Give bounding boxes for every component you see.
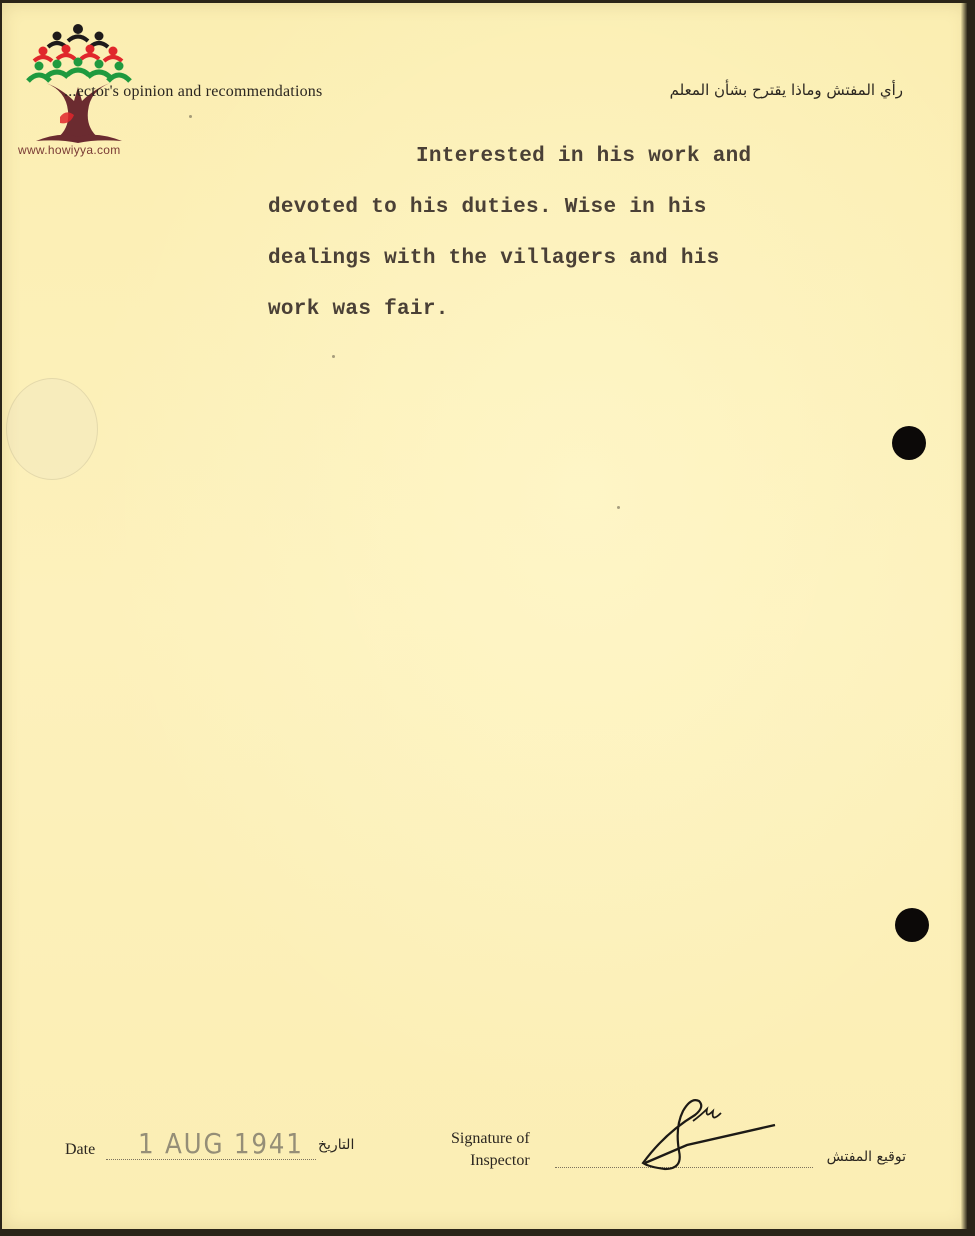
page-edge-shadow <box>961 3 968 1229</box>
date-stamp: 1 AUG 1941 <box>138 1127 304 1160</box>
document-page: www.howiyya.com ...ector's opinion and r… <box>2 3 968 1229</box>
header-english-label: ...ector's opinion and recommendations <box>64 83 322 101</box>
signature-label-arabic: توقيع المفتش <box>827 1149 906 1165</box>
typed-line: dealings with the villagers and his <box>268 233 828 284</box>
paper-speck <box>617 506 620 509</box>
date-label-arabic: التاريخ <box>318 1137 354 1153</box>
header-arabic-label: رأي المفتش وماذا يقترح بشأن المعلم <box>670 81 903 99</box>
typed-recommendation: Interested in his work and devoted to hi… <box>268 131 828 335</box>
typed-line: work was fair. <box>268 284 828 335</box>
faded-stamp-mark <box>6 378 98 480</box>
typed-line: Interested in his work and <box>268 131 828 182</box>
typed-line: devoted to his duties. Wise in his <box>268 182 828 233</box>
handwritten-signature-icon <box>635 1093 785 1173</box>
date-label: Date <box>65 1141 95 1159</box>
signature-label-line1: Signature of <box>451 1128 530 1150</box>
paper-speck <box>189 115 192 118</box>
watermark-url: www.howiyya.com <box>18 143 121 157</box>
paper-speck <box>332 355 335 358</box>
punch-hole <box>892 426 926 460</box>
signature-label: Signature of Inspector <box>451 1128 530 1172</box>
signature-label-line2: Inspector <box>451 1150 530 1172</box>
punch-hole <box>895 908 929 942</box>
